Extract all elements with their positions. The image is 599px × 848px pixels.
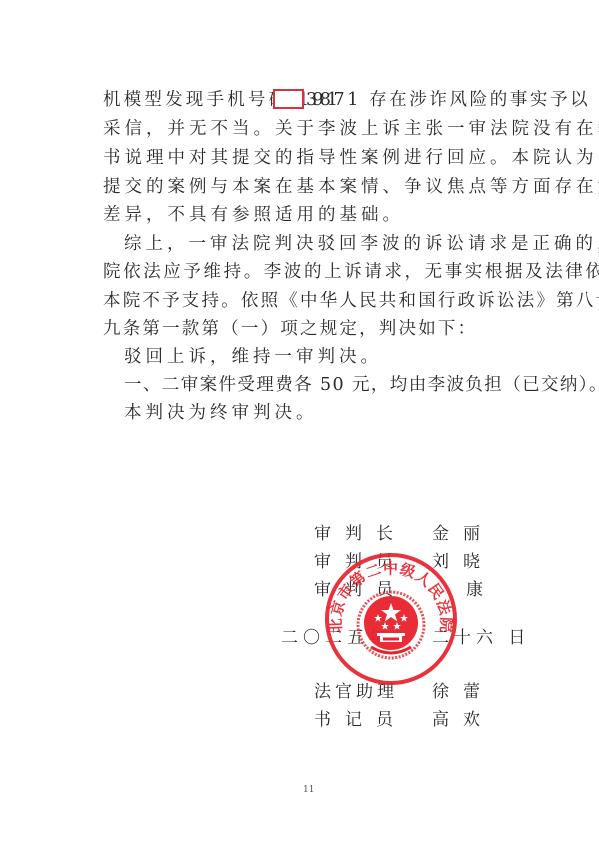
redaction-box (273, 89, 304, 109)
body-line-1b: 3871 存在涉诈风险的事实予以 (306, 89, 515, 111)
body-line-5: 差异，不具有参照适用的基础。 (103, 204, 515, 226)
body-line-8: 本院不予支持。依照《中华人民共和国行政诉讼法》第八十 (103, 290, 515, 312)
body-line-6: 综上，一审法院判决驳回李波的诉讼请求是正确的，本 (124, 233, 515, 255)
fee-line: 一、二审案件受理费各 50 元，均由李波负担（已交纳）。 (124, 374, 515, 396)
body-line-3: 书说理中对其提交的指导性案例进行回应。本院认为，李波 (103, 147, 515, 169)
signature-role: 审判长 (314, 523, 432, 545)
body-line-7: 院依法应予维持。李波的上诉请求，无事实根据及法律依据， (103, 261, 515, 283)
body-line-2: 采信，并无不当。关于李波上诉主张一审法院没有在裁判文 (103, 118, 515, 140)
clerk-recorder: 书记员高欢 (314, 709, 494, 731)
signature-presiding-judge: 审判长金丽 (314, 523, 494, 545)
ruling-line: 驳回上诉，维持一审判决。 (124, 346, 515, 368)
page-number: 11 (303, 785, 314, 795)
body-line-4: 提交的案例与本案在基本案情、争议焦点等方面存在实质性 (103, 176, 515, 198)
document-page: 机模型发现手机号码 191 3871 存在涉诈风险的事实予以 采信，并无不当。关… (0, 0, 599, 848)
court-seal-icon: 北京市第二中级人民法院 (323, 551, 459, 687)
clerk-name: 高欢 (432, 709, 494, 731)
body-line-9: 九条第一款第（一）项之规定，判决如下： (103, 318, 515, 340)
body-line-1a: 机模型发现手机号码 191 (103, 89, 273, 111)
signature-name: 金丽 (432, 523, 494, 545)
final-judgment-line: 本判决为终审判决。 (124, 402, 515, 424)
clerk-role: 书记员 (314, 709, 432, 731)
